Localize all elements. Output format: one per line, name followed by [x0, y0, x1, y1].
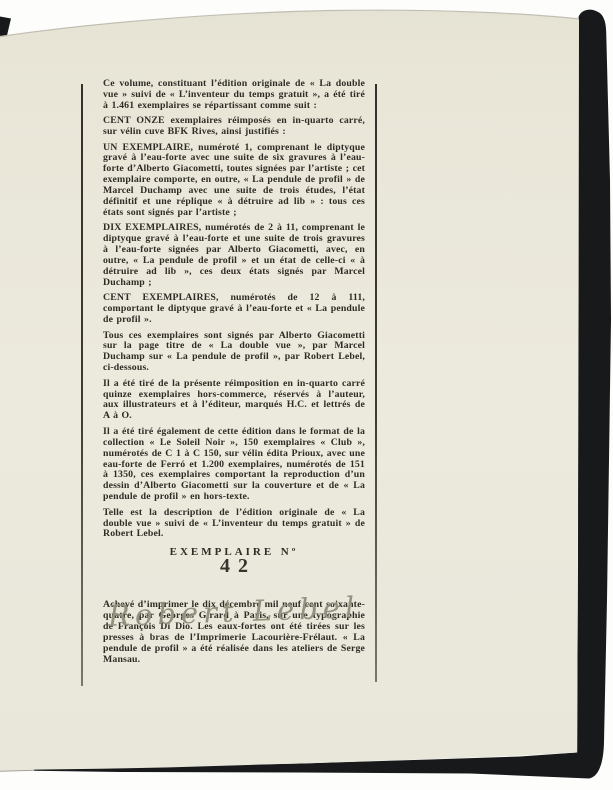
- colophon-paragraph: CENT EXEMPLAIRES, numérotés de 12 à 111,…: [103, 293, 365, 326]
- colophon-paragraph: Ce volume, constituant l’édition origina…: [103, 79, 365, 112]
- colophon-paragraph: Tous ces exemplaires sont signés par Alb…: [103, 331, 365, 375]
- colophon-paragraph: Il a été tiré de la présente réimpositio…: [103, 379, 365, 423]
- left-margin-rule: [81, 84, 83, 686]
- colophon-paragraph: CENT ONZE exemplaires réimposés en in-qu…: [103, 116, 365, 138]
- colophon-paragraph: Il a été tiré également de cette édition…: [103, 427, 365, 503]
- colophon-paragraph: DIX EXEMPLAIRES, numérotés de 2 à 11, co…: [103, 223, 365, 288]
- colophon-paragraph: UN EXEMPLAIRE, numéroté 1, comprenant le…: [103, 143, 365, 219]
- colophon-paragraph: Telle est la description de l’édition or…: [103, 508, 365, 541]
- colophon-text-column: Ce volume, constituant l’édition origina…: [103, 79, 365, 670]
- exemplaire-number: 42: [103, 561, 365, 572]
- book-photo: Ce volume, constituant l’édition origina…: [0, 0, 613, 790]
